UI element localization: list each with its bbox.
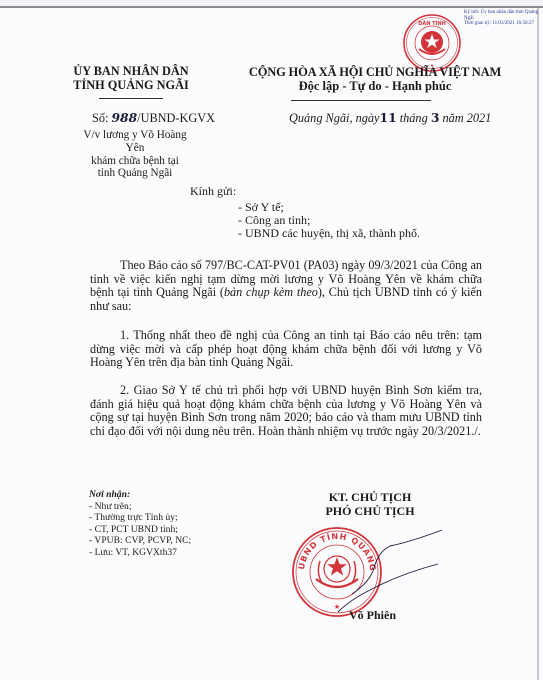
distribution-item: - Thường trực Tỉnh ủy; xyxy=(89,512,191,524)
signer-name: Võ Phiên xyxy=(349,608,396,623)
subject-line: V/v lương y Võ Hoàng Yên xyxy=(75,129,195,155)
distribution-item: - VPUB: CVP, PCVP, NC; xyxy=(89,535,191,547)
handwritten-signature xyxy=(330,512,450,622)
distribution-item: - Lưu: VT, KGVXth37 xyxy=(89,547,191,559)
date-place: Quảng Ngãi, ngày xyxy=(289,111,380,125)
doc-number-handwritten: 988 xyxy=(111,110,137,125)
intro-italic: bản chụp kèm theo xyxy=(224,285,318,299)
issuer-name: ỦY BAN NHÂN DÂN TỈNH QUẢNG NGÃI xyxy=(72,64,190,92)
recipient-item: - UBND các huyện, thị xã, thành phố. xyxy=(238,227,420,240)
date-day: 11 xyxy=(380,110,397,125)
distribution: Nơi nhận: - Như trên; - Thường trực Tỉnh… xyxy=(89,489,191,559)
national-title: CỘNG HÒA XÃ HỘI CHỦ NGHĨA VIỆT NAM xyxy=(230,65,520,79)
subject: V/v lương y Võ Hoàng Yên khám chữa bệnh … xyxy=(75,129,195,180)
issuer-line2: TỈNH QUẢNG NGÃI xyxy=(72,78,190,92)
page-right-edge xyxy=(537,8,539,680)
distribution-item: - Như trên; xyxy=(89,501,191,513)
subject-line: khám chữa bệnh tại xyxy=(75,155,195,168)
distribution-item: - CT, PCT UBND tỉnh; xyxy=(89,524,191,536)
motto-underline xyxy=(291,100,431,101)
signature-signer: Ký bởi: Ủy ban nhân dân tỉnh Quảng Ngãi xyxy=(464,10,539,21)
digital-signature-info: Ký bởi: Ủy ban nhân dân tỉnh Quảng Ngãi … xyxy=(464,10,539,27)
national-motto: Độc lập - Tự do - Hạnh phúc xyxy=(230,79,520,93)
viewer-bottom-area xyxy=(0,680,543,688)
svg-text:DÂN TỈNH: DÂN TỈNH xyxy=(418,19,446,27)
body-point-2: 2. Giao Sở Y tế chủ trì phối hợp với UBN… xyxy=(90,384,482,438)
date-year: năm 2021 xyxy=(439,111,491,125)
recipients-label: Kính gửi: xyxy=(190,185,236,198)
document-number: Số: 988/UBND-KGVX xyxy=(92,110,215,126)
signature-authority: KT. CHỦ TỊCH xyxy=(320,490,420,504)
doc-number-prefix: Số: xyxy=(92,111,111,125)
date-line: Quảng Ngãi, ngày11 tháng 3 năm 2021 xyxy=(289,110,491,126)
subject-line: tỉnh Quảng Ngãi xyxy=(75,167,195,180)
doc-number-suffix: /UBND-KGVX xyxy=(137,111,215,125)
signature-time: Thời gian ký: 11/03/2021 16:58:27 xyxy=(464,21,539,27)
recipients-list: - Sở Y tế; - Công an tỉnh; - UBND các hu… xyxy=(238,201,420,241)
issuer-underline xyxy=(99,98,163,99)
body-point-1: 1. Thống nhất theo đề nghị của Công an t… xyxy=(90,329,482,370)
body-intro: Theo Báo cáo số 797/BC-CAT-PV01 (PA03) n… xyxy=(90,259,482,313)
distribution-label: Nơi nhận: xyxy=(89,489,191,501)
national-header: CỘNG HÒA XÃ HỘI CHỦ NGHĨA VIỆT NAM Độc l… xyxy=(230,65,520,93)
official-seal-top-icon: DÂN TỈNH ★ xyxy=(402,13,462,73)
date-month-label: tháng xyxy=(397,111,431,125)
issuer-line1: ỦY BAN NHÂN DÂN xyxy=(72,64,190,78)
